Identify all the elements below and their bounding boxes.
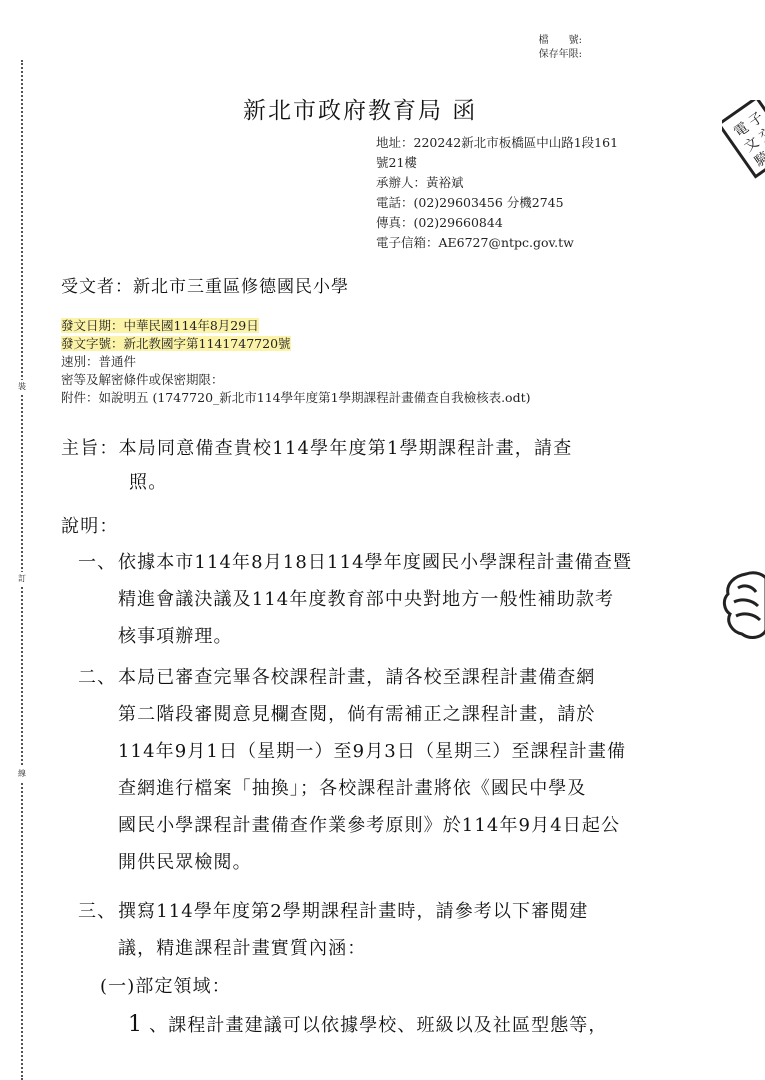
contact-info: 地址：220242新北市板橋區中山路1段161 號21樓 承辦人：黃裕斌 電話：…: [376, 133, 676, 253]
explanation-item-1: 一、 依據本市114年8月18日114學年度國民小學課程計畫備查暨 精進會議決議…: [78, 544, 698, 655]
item-line: 核事項辦理。: [118, 618, 698, 655]
item-number: 一、: [78, 544, 116, 581]
document-title: 新北市政府教育局 函: [243, 92, 477, 125]
recipient: 受文者：新北市三重區修德國民小學: [61, 272, 349, 297]
perforation-stamp-icon: [716, 570, 765, 645]
explanation-item-2: 二、 本局已審查完畢各校課程計畫，請各校至課程計畫備查網 第二階段審閱意見欄查閱…: [78, 659, 698, 881]
item-line: 議，精進課程計畫實質內涵：: [118, 930, 698, 967]
address-continued: 號21樓: [376, 153, 676, 173]
sub-item-1: 1、課程計畫建議可以依據學校、班級以及社區型態等，: [128, 1011, 608, 1037]
document-number: 發文字號：新北教國字第1141747720號: [61, 336, 291, 351]
item-number: 二、: [78, 659, 116, 696]
item-number: 三、: [78, 893, 116, 930]
explanation-item-3: 三、 撰寫114學年度第2學期課程計畫時，請參考以下審閱建 議，精進課程計畫實質…: [78, 893, 698, 967]
subject-line-1: 主旨：本局同意備查貴校114學年度第1學期課程計畫，請查: [61, 432, 641, 466]
binding-mark-ding: 訂: [15, 572, 29, 586]
attachment: 附件：如說明五 (1747720_新北市114學年度第1學期課程計畫備查自我檢核…: [61, 389, 530, 407]
item-line: 精進會議決議及114年度教育部中央對地方一般性補助款考: [118, 581, 698, 618]
email: 電子信箱：AE6727@ntpc.gov.tw: [376, 233, 676, 253]
subject: 主旨：本局同意備查貴校114學年度第1學期課程計畫，請查 照。: [61, 432, 641, 500]
item-line: 依據本市114年8月18日114學年度國民小學課程計畫備查暨: [118, 544, 698, 581]
fax: 傳真：(02)29660844: [376, 213, 676, 233]
subject-line-2: 照。: [61, 466, 641, 500]
explanation-label: 說明：: [61, 512, 119, 538]
file-number-label: 檔 號:: [510, 34, 582, 48]
item-line: 國民小學課程計畫備查作業參考原則》於114年9月4日起公: [118, 807, 698, 844]
item-line: 第二階段審閱意見欄查閱，倘有需補正之課程計畫，請於: [118, 696, 698, 733]
item-line: 撰寫114學年度第2學期課程計畫時，請參考以下審閱建: [118, 893, 698, 930]
confidentiality: 密等及解密條件或保密期限：: [61, 371, 530, 389]
urgency: 速別：普通件: [61, 353, 530, 371]
file-meta: 檔 號: 保存年限:: [510, 34, 582, 62]
item-line: 查網進行檔案「抽換」；各校課程計畫將依《國民中學及: [118, 770, 698, 807]
sub-item-text: 、課程計畫建議可以依據學校、班級以及社區型態等，: [149, 1015, 607, 1036]
sub-heading-required-domains: (一)部定領域：: [100, 972, 231, 998]
address: 地址：220242新北市板橋區中山路1段161: [376, 133, 676, 153]
binding-mark-zhuang: 裝: [15, 380, 29, 394]
handler: 承辦人：黃裕斌: [376, 173, 676, 193]
binding-mark-xian: 線: [15, 767, 29, 781]
phone: 電話：(02)29603456 分機2745: [376, 193, 676, 213]
sub-item-number: 1: [128, 1012, 143, 1037]
item-line: 本局已審查完畢各校課程計畫，請各校至課程計畫備查網: [118, 659, 698, 696]
seal-stamp-icon: 電 文 騎 子 交 縫: [722, 100, 765, 180]
item-line: 114年9月1日（星期一）至9月3日（星期三）至課程計畫備: [118, 733, 698, 770]
document-meta: 發文日期：中華民國114年8月29日 發文字號：新北教國字第1141747720…: [61, 317, 530, 407]
issue-date: 發文日期：中華民國114年8月29日: [61, 318, 259, 333]
binding-dotted-line: [21, 60, 23, 1080]
item-line: 開供民眾檢閱。: [118, 844, 698, 881]
retention-label: 保存年限:: [510, 48, 582, 62]
